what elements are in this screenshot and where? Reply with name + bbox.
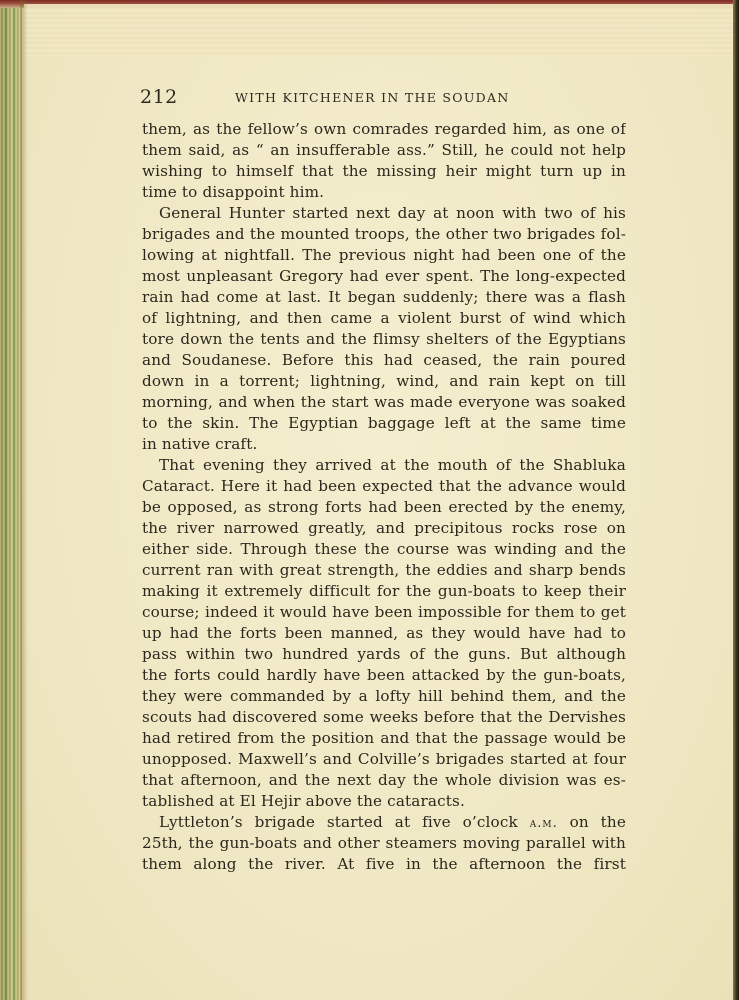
text-line: brigades and the mounted troops, the oth… <box>142 224 626 245</box>
text-fragment: Lyttleton’s brigade started at five o’cl… <box>159 813 518 831</box>
text-line: and Soudanese. Before this had ceased, t… <box>142 350 626 371</box>
paragraph-start-line: General Hunter started next day at noon … <box>142 203 626 224</box>
running-head: 212 WITH KITCHENER IN THE SOUDAN <box>140 86 628 110</box>
text-line: the forts could hardly have been attacke… <box>142 665 626 686</box>
text-line: most unpleasant Gregory had ever spent. … <box>142 266 626 287</box>
text-line: in native craft. <box>142 434 626 455</box>
gutter-shadow <box>20 0 28 1000</box>
small-caps-am: a.m. <box>530 816 558 831</box>
text-line: tore down the tents and the flimsy shelt… <box>142 329 626 350</box>
text-line: had retired from the position and that t… <box>142 728 626 749</box>
text-line: they were commanded by a lofty hill behi… <box>142 686 626 707</box>
text-line: lowing at nightfall. The previous night … <box>142 245 626 266</box>
text-line: the river narrowed greatly, and precipit… <box>142 518 626 539</box>
text-line: them said, as “ an insufferable ass.” St… <box>142 140 626 161</box>
body-text: them, as the fellow’s own comrades regar… <box>142 119 626 875</box>
text-line: tablished at El Hejir above the cataract… <box>142 791 626 812</box>
book-right-edge <box>733 0 739 1000</box>
text-line: to the skin. The Egyptian baggage left a… <box>142 413 626 434</box>
text-line: pass within two hundred yards of the gun… <box>142 644 626 665</box>
paragraph-start-line: Lyttleton’s brigade started at five o’cl… <box>142 812 626 833</box>
text-line: unopposed. Maxwell’s and Colville’s brig… <box>142 749 626 770</box>
text-line: that afternoon, and the next day the who… <box>142 770 626 791</box>
text-line: course; indeed it would have been imposs… <box>142 602 626 623</box>
text-line: rain had come at last. It began suddenly… <box>142 287 626 308</box>
text-line: scouts had discovered some weeks before … <box>142 707 626 728</box>
text-line: Cataract. Here it had been expected that… <box>142 476 626 497</box>
text-fragment: on the <box>570 813 626 831</box>
text-line: 25th, the gun-boats and other steamers m… <box>142 833 626 854</box>
text-line: them, as the fellow’s own comrades regar… <box>142 119 626 140</box>
text-line: wishing to himself that the missing heir… <box>142 161 626 182</box>
text-line: either side. Through these the course wa… <box>142 539 626 560</box>
text-line: making it extremely difficult for the gu… <box>142 581 626 602</box>
text-line: be opposed, as strong forts had been ere… <box>142 497 626 518</box>
text-line: of lightning, and then came a violent bu… <box>142 308 626 329</box>
text-line: down in a torrent; lightning, wind, and … <box>142 371 626 392</box>
page-number: 212 <box>140 86 178 108</box>
top-page-stack <box>24 4 739 56</box>
text-line: current ran with great strength, the edd… <box>142 560 626 581</box>
text-line: them along the river. At five in the aft… <box>142 854 626 875</box>
text-line: time to disappoint him. <box>142 182 626 203</box>
text-line: up had the forts been manned, as they wo… <box>142 623 626 644</box>
running-title: WITH KITCHENER IN THE SOUDAN <box>235 90 510 105</box>
paragraph-start-line: That evening they arrived at the mouth o… <box>142 455 626 476</box>
text-line: morning, and when the start was made eve… <box>142 392 626 413</box>
